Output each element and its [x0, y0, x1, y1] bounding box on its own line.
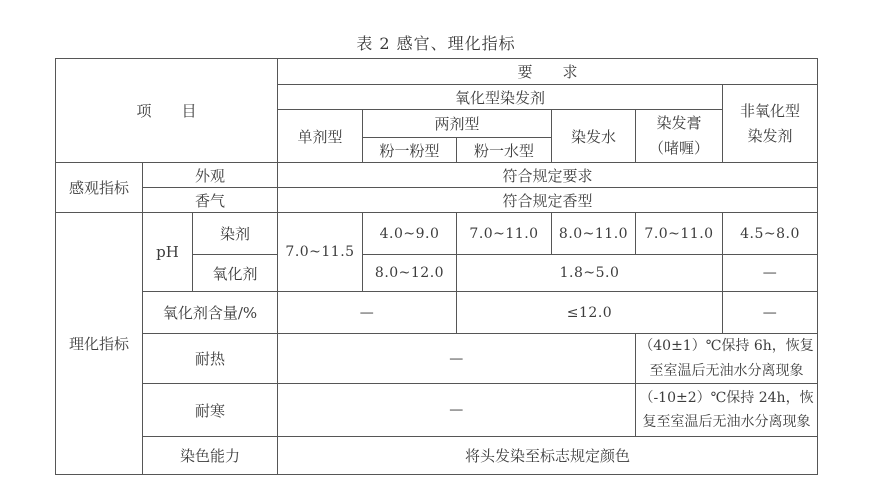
cell-oxidant-content-mid: ≤12.0 — [457, 292, 723, 334]
row-appearance: 感观指标 外观 符合规定要求 — [56, 163, 818, 188]
non-oxidative-line1: 非氧化型 — [740, 102, 800, 120]
cell-ph-dye-non-oxidative: 4.5~8.0 — [723, 213, 818, 255]
cell-heat-value: （40±1）℃保持 6h，恢复至室温后无油水分离现象 — [636, 334, 818, 384]
cell-fragrance-label: 香气 — [143, 188, 278, 213]
cell-oxidant-content-left: — — [278, 292, 457, 334]
row-ph-dye: 理化指标 pH 染剂 7.0~11.5 4.0~9.0 7.0~11.0 8.0… — [56, 213, 818, 255]
cell-heat-dash: — — [278, 334, 636, 384]
cell-item-header: 项 目 — [56, 59, 278, 163]
cell-ph-single: 7.0~11.5 — [278, 213, 363, 292]
cell-ph-dye-powder-powder: 4.0~9.0 — [363, 213, 457, 255]
cell-powder-powder-header: 粉一粉型 — [363, 138, 457, 163]
cell-oxidant-content-right: — — [723, 292, 818, 334]
cell-oxidative-header: 氧化型染发剂 — [278, 85, 723, 110]
spec-table: 项 目 要 求 氧化型染发剂 非氧化型 染发剂 单剂型 两剂型 染发水 染发膏 … — [55, 58, 818, 475]
cell-ph-oxidant-mid: 1.8~5.0 — [457, 255, 723, 292]
cell-heat-label: 耐热 — [143, 334, 278, 384]
cell-ph-oxidant-powder-powder: 8.0~12.0 — [363, 255, 457, 292]
cell-powder-water-header: 粉一水型 — [457, 138, 552, 163]
cell-dye-ability-label: 染色能力 — [143, 437, 278, 475]
row-oxidant-content: 氧化剂含量/% — ≤12.0 — — [56, 292, 818, 334]
cell-cold-value: （-10±2）℃保持 24h，恢复至室温后无油水分离现象 — [636, 384, 818, 437]
cell-requirement-header: 要 求 — [278, 59, 818, 85]
cell-ph-dye-cream: 7.0~11.0 — [636, 213, 723, 255]
dye-cream-line1: 染发膏 — [656, 114, 701, 132]
row-cold-resistance: 耐寒 — （-10±2）℃保持 24h，恢复至室温后无油水分离现象 — [56, 384, 818, 437]
header-row-requirement: 项 目 要 求 — [56, 59, 818, 85]
non-oxidative-line2: 染发剂 — [748, 127, 793, 145]
row-fragrance: 香气 符合规定香型 — [56, 188, 818, 213]
cell-dye-ability-value: 将头发染至标志规定颜色 — [278, 437, 818, 475]
cell-sensory-section: 感观指标 — [56, 163, 143, 213]
row-heat-resistance: 耐热 — （40±1）℃保持 6h，恢复至室温后无油水分离现象 — [56, 334, 818, 384]
cell-ph-label: pH — [143, 213, 193, 292]
cell-fragrance-value: 符合规定香型 — [278, 188, 818, 213]
cell-oxidant-row-label: 氧化剂 — [193, 255, 278, 292]
cell-ph-oxidant-non-oxidative: — — [723, 255, 818, 292]
cell-dye-water-header: 染发水 — [552, 110, 636, 163]
dye-cream-line2: （啫喱） — [649, 139, 709, 157]
table-title: 表 2 感官、理化指标 — [55, 31, 817, 54]
cell-appearance-label: 外观 — [143, 163, 278, 188]
cell-ph-dye-powder-water: 7.0~11.0 — [457, 213, 552, 255]
cell-ph-dye-water: 8.0~11.0 — [552, 213, 636, 255]
cell-non-oxidative-header: 非氧化型 染发剂 — [723, 85, 818, 163]
cell-dye-cream-header: 染发膏 （啫喱） — [636, 110, 723, 163]
cell-oxidant-content-label: 氧化剂含量/% — [143, 292, 278, 334]
cell-appearance-value: 符合规定要求 — [278, 163, 818, 188]
cell-cold-dash: — — [278, 384, 636, 437]
cell-dye-row-label: 染剂 — [193, 213, 278, 255]
cell-physico-section: 理化指标 — [56, 213, 143, 475]
cell-two-type-header: 两剂型 — [363, 110, 552, 138]
row-dye-ability: 染色能力 将头发染至标志规定颜色 — [56, 437, 818, 475]
cell-cold-label: 耐寒 — [143, 384, 278, 437]
cell-single-type-header: 单剂型 — [278, 110, 363, 163]
document-page: 表 2 感官、理化指标 项 目 要 求 氧化型染发剂 非氧化型 染发剂 单剂 — [0, 0, 891, 495]
